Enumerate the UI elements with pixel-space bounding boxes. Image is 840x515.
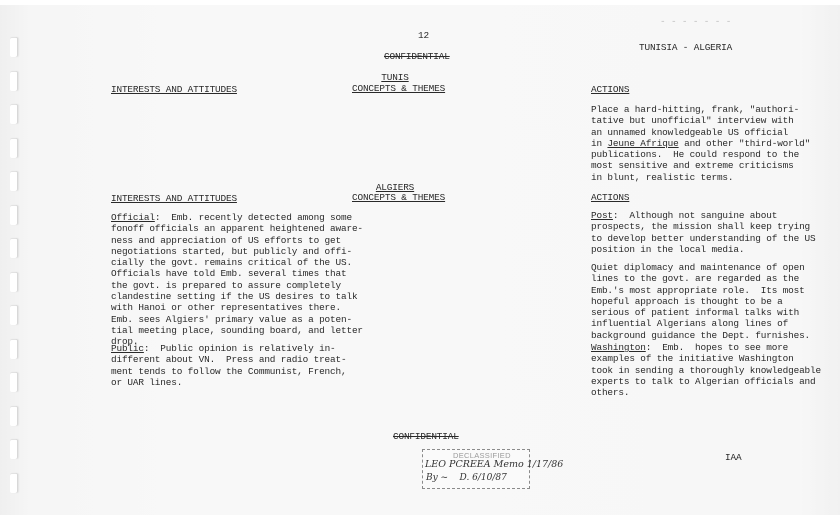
public-label: Public [111,343,144,354]
text-fragment: : Emb. hopes to see more [646,342,788,353]
text-line: ment tends to follow the Communist, Fren… [111,366,346,377]
text-line: position in the local media. [591,244,816,255]
text-line: different about VN. Press and radio trea… [111,354,346,365]
text-line: to develop better understanding of the U… [591,233,816,244]
text-fragment: : Public opinion is relatively in- [144,343,336,354]
text-line: examples of the initiative Washington [591,353,821,364]
binding-hole [10,339,18,359]
official-label: Official [111,212,155,223]
text-line: serious of patient informal talks with [591,307,810,318]
algiers-official-paragraph: Official: Emb. recently detected among s… [111,212,363,348]
text-fragment: in [591,138,607,149]
algiers-actions-heading: ACTIONS [591,192,629,203]
classification-top: CONFIDENTIAL [384,51,450,62]
text-line: Quiet diplomacy and maintenance of open [591,262,810,273]
algiers-public-paragraph: Public: Public opinion is relatively in-… [111,343,346,388]
text-line: an unnamed knowledgeable US official [591,127,810,138]
declassified-stamp: DECLASSIFIED LEO PCREEA Memo 1/17/86 By … [422,449,530,489]
stamp-handwriting-date: By ~ D. 6/10/87 [426,473,507,483]
text-line: Post: Although not sanguine about [591,210,816,221]
text-line: clandestine setting if the US desires to… [111,291,363,302]
binding-hole [10,205,18,225]
binding-hole [10,439,18,459]
text-fragment: : Emb. recently detected among some [155,212,352,223]
tunis-city-heading: TUNIS [352,72,438,83]
text-line: fonoff officials an apparent heightened … [111,223,363,234]
algiers-quiet-diplomacy-paragraph: Quiet diplomacy and maintenance of open … [591,262,810,341]
text-line: hopeful approach is thought to be a [591,296,810,307]
text-line: with Hanoi or other representatives ther… [111,302,363,313]
text-line: Emb.'s most appropriate role. Its most [591,285,810,296]
text-line: Place a hard-hitting, frank, "authori- [591,104,810,115]
stamp-handwriting-authority: LEO PCREEA Memo 1/17/86 [425,459,563,470]
text-line: in blunt, realistic terms. [591,172,810,183]
binding-hole [10,372,18,392]
binding-hole [10,238,18,258]
text-fragment: and other "third-world" [679,138,810,149]
text-line: cially the govt. remains critical of the… [111,257,363,268]
text-line: negotiations started, but publicly and o… [111,246,363,257]
text-line: most sensitive and extreme criticisms [591,160,810,171]
text-line: publications. He could respond to the [591,149,810,160]
text-line: tative but unofficial" interview with [591,115,810,126]
publication-title: Jeune Afrique [607,138,678,149]
text-line: experts to talk to Algerian officials an… [591,376,821,387]
text-line: Official: Emb. recently detected among s… [111,212,363,223]
binding-hole [10,473,18,493]
binding-hole [10,138,18,158]
text-line: or UAR lines. [111,377,346,388]
scan-top-edge [0,0,840,5]
text-fragment: : Although not sanguine about [613,210,777,221]
text-line: Public: Public opinion is relatively in- [111,343,346,354]
text-line: Officials have told Emb. several times t… [111,268,363,279]
text-line: background guidance the Dept. furnishes. [591,330,810,341]
text-line: lines to the govt. are regarded as the [591,273,810,284]
binding-hole [10,71,18,91]
binding-hole [10,104,18,124]
text-line: in Jeune Afrique and other "third-world" [591,138,810,149]
binding-hole [10,272,18,292]
text-line: the govt. is prepared to assure complete… [111,280,363,291]
text-line: prospects, the mission shall keep trying [591,221,816,232]
tunis-interests-heading: INTERESTS AND ATTITUDES [111,84,237,95]
text-line: others. [591,387,821,398]
washington-label: Washington [591,342,646,353]
algiers-interests-heading: INTERESTS AND ATTITUDES [111,193,237,204]
algiers-concepts-heading: CONCEPTS & THEMES [352,192,445,203]
binding-hole [10,305,18,325]
tunis-actions-heading: ACTIONS [591,84,629,95]
document-page: 12 CONFIDENTIAL - - - - - - - TUNISIA - … [0,0,840,515]
text-line: Washington: Emb. hopes to see more [591,342,821,353]
binding-hole [10,37,18,57]
text-line: Emb. sees Algiers' primary value as a po… [111,314,363,325]
tunis-actions-text: Place a hard-hitting, frank, "authori- t… [591,104,810,183]
binding-hole [10,171,18,191]
tunis-concepts-heading: CONCEPTS & THEMES [352,83,445,94]
region-title: TUNISIA - ALGERIA [639,42,732,53]
text-line: influential Algerians along lines of [591,318,810,329]
text-line: tial meeting place, sounding board, and … [111,325,363,336]
text-line: took in sending a thoroughly knowledgeab… [591,365,821,376]
page-number: 12 [418,30,429,41]
binding-hole [10,406,18,426]
bleed-through-text: - - - - - - - [660,16,731,27]
algiers-post-paragraph: Post: Although not sanguine about prospe… [591,210,816,255]
text-line: ness and appreciation of US efforts to g… [111,235,363,246]
algiers-washington-paragraph: Washington: Emb. hopes to see more examp… [591,342,821,398]
post-label: Post [591,210,613,221]
footer-initials: IAA [725,452,741,463]
binding-holes [10,0,22,515]
classification-bottom: CONFIDENTIAL [393,431,459,442]
